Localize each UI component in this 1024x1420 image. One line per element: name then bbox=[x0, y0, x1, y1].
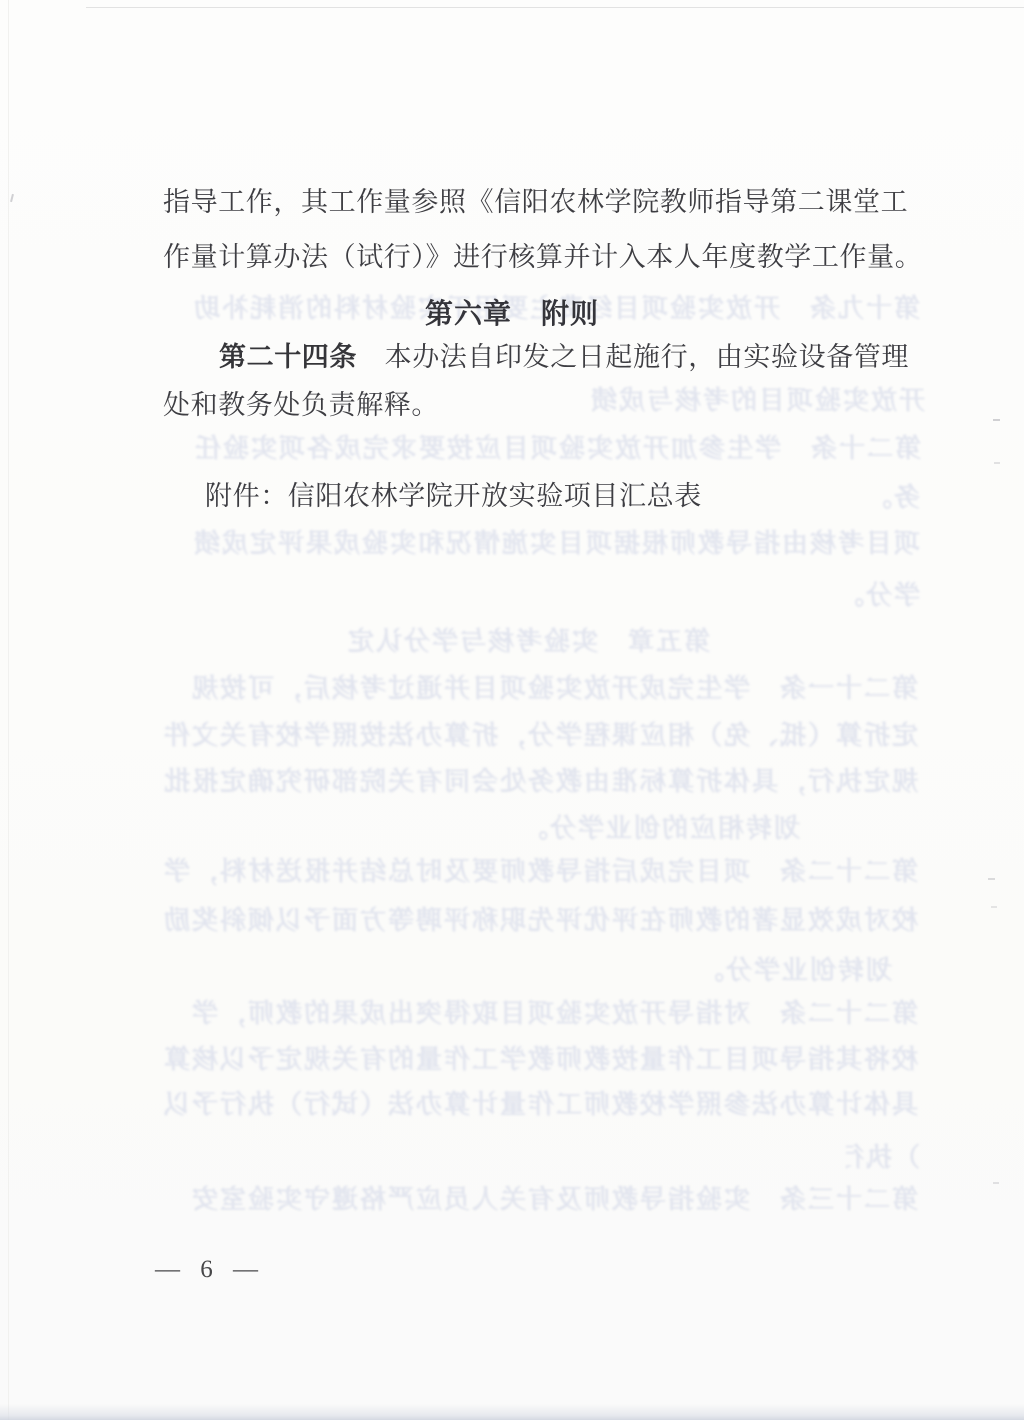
article-line: 处和教务处负责解释。 bbox=[163, 389, 439, 421]
paragraph-line: 指导工作，其工作量参照《信阳农林学院教师指导第二课堂工 bbox=[163, 186, 908, 218]
bleedthrough-line: 规定执行，具体折算标准由教务处会同有关院部研究确定报批 bbox=[150, 767, 918, 797]
scan-left-edge bbox=[8, 0, 9, 1420]
bleedthrough-line: 校对成效显著的教师在评优评先职称评聘等方面予以倾斜奖励 bbox=[150, 906, 918, 936]
article-number: 第二十四条 bbox=[219, 342, 357, 372]
bleedthrough-line: 定折算（抵、免）相应课程学分，折算办法按照学校有关文件 bbox=[150, 721, 918, 751]
page-number: — 6 — bbox=[155, 1256, 265, 1284]
paragraph-line: 作量计算办法（试行）》进行核算并计入本人年度教学工作量。 bbox=[163, 241, 922, 273]
scan-speck bbox=[994, 462, 1000, 464]
bleedthrough-line: 具体计算办法参照学校教师工作量计算办法（试行）执行予以 bbox=[150, 1090, 918, 1120]
bleedthrough-line: 划转创业学分。 bbox=[680, 956, 892, 986]
scan-bottom-edge bbox=[0, 1404, 1024, 1420]
bleedthrough-line: 划转相应的创业学分。 bbox=[350, 814, 800, 844]
scan-speck bbox=[993, 419, 1000, 421]
bleedthrough-line: 项目考核由指导教师根据项目实施情况和实验成果评定成绩 bbox=[150, 529, 920, 559]
bleedthrough-line: 第二十三条 实验指导教师及有关人员应严格遵守实验室安 bbox=[168, 1185, 918, 1215]
scan-top-edge bbox=[86, 7, 1024, 8]
scan-speck bbox=[991, 906, 997, 908]
bleedthrough-line: ）执行。 bbox=[846, 1143, 920, 1173]
bleedthrough-line: 第二十条 学生参加开放实验项目应按要求完成各项实验任 bbox=[195, 434, 921, 464]
article-text: 本办法自印发之日起施行，由实验设备管理 bbox=[357, 342, 909, 372]
attachment-line: 附件：信阳农林学院开放实验项目汇总表 bbox=[205, 480, 702, 512]
scan-speck bbox=[988, 878, 995, 880]
bleedthrough-line: 校将其指导项目工作量按教师教学工作量的有关规定予以核算 bbox=[150, 1045, 918, 1075]
bleedthrough-line: 第二十一条 学生完成开放实验项目并通过考核后，可按规 bbox=[150, 674, 918, 704]
scan-speck bbox=[10, 194, 14, 202]
document-page: 第十九条 开放实验项目经费主要用于实验材料的消耗补助开放实验项目的考核与成绩第二… bbox=[0, 0, 1024, 1420]
bleedthrough-line: 务。 bbox=[850, 483, 920, 513]
chapter-heading: 第六章 附则 bbox=[0, 292, 1024, 332]
bleedthrough-line: 第二十二条 对指导开放实验项目取得突出成果的教师，学 bbox=[150, 999, 918, 1029]
bleedthrough-line: 第五章 实验考核与学分认定 bbox=[310, 627, 710, 657]
bleedthrough-line: 开放实验项目的考核与成绩 bbox=[540, 386, 925, 416]
article-line: 第二十四条 本办法自印发之日起施行，由实验设备管理 bbox=[219, 341, 909, 373]
bleedthrough-line: 第二十二条 项目完成后指导教师要及时总结并报送材料，学 bbox=[150, 857, 918, 887]
bleedthrough-line: 学分。 bbox=[843, 581, 920, 611]
scan-speck bbox=[993, 1182, 999, 1184]
